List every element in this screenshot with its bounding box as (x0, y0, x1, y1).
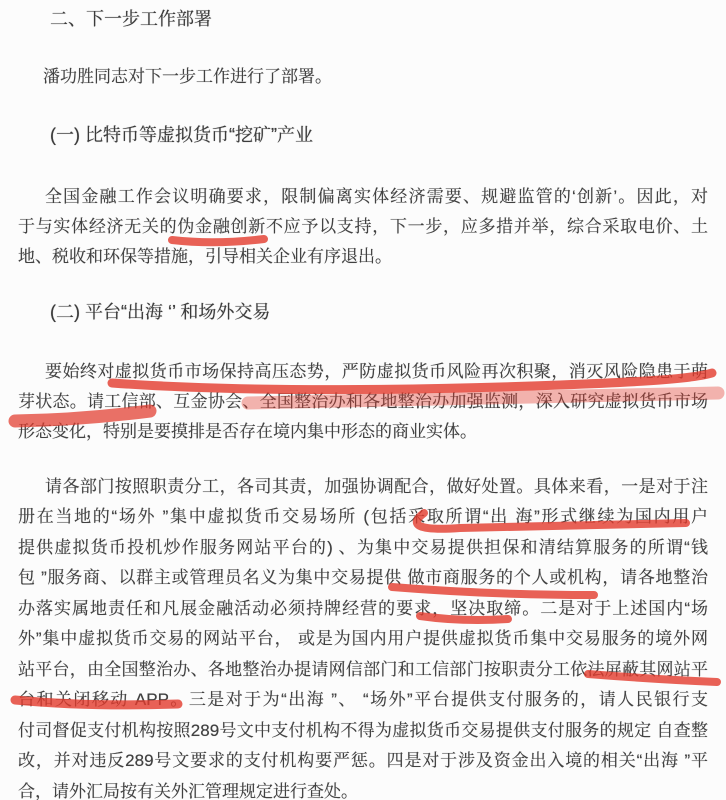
paragraph-line: 改，并对违反289号文要求的支付机构要严惩。四是对于涉及资金出入境的相关“出海 … (18, 748, 708, 774)
paragraph-line: 册在当地的“场外 ”集中虚拟货币交易场所 (包括采取所谓“出 海”形式继续为国内… (18, 504, 708, 530)
intro-line: 潘功胜同志对下一步工作进行了部署。 (18, 64, 726, 90)
paragraph-line: 于与实体经济无关的伪金融创新不应予以支持，下一步，应多措并举，综合采取电价、土 (18, 214, 708, 240)
paragraph-line: 外”集中虚拟货币交易的网站平台， 或是为国内用户提供虚拟货币集中交易服务的境外网 (18, 626, 708, 652)
paragraph-line: 包 ”服务商、以群主或管理员名义为集中交易提供 做市商服务的个人或机构，请各地整… (18, 565, 708, 591)
section1-heading: (一) 比特币等虚拟货币“挖矿”产业 (18, 122, 726, 148)
paragraph-line: 请各部门按照职责分工，各司其责，加强协调配合，做好处置。具体来看，一是对于注 (18, 474, 708, 500)
paragraph-line: 地、税收和环保等措施，引导相关企业有序退出。 (18, 244, 708, 270)
section2-heading: (二) 平台“出海 ‘’ 和场外交易 (18, 299, 726, 325)
main-heading: 二、下一步工作部署 (18, 6, 726, 32)
paragraph-line: 全国金融工作会议明确要求，限制偏离实体经济需要、规避监管的‘创新’。因此，对 (18, 184, 708, 210)
paragraph-line: 芽状态。请工信部、互金协会、全国整治办和各地整治办加强监测，深入研究虚拟货币市场 (18, 389, 708, 415)
paragraph-line: 办落实属地责任和凡展金融活动必须持牌经营的要求，坚决取缔。二是对于上述国内“场 (18, 596, 708, 622)
paragraph-line: 台和关闭移动 APP。三是对于为“出海 ”、 “场外”平台提供支付服务的，请人民… (18, 687, 708, 713)
paragraph-line: 站平台，由全国整治办、各地整治办提请网信部门和工信部门按职责分工依法屏蔽其网站平 (18, 657, 708, 683)
paragraph-line: 付司督促支付机构按照289号文中支付机构不得为虚拟货币交易提供支付服务的规定 自… (18, 718, 708, 744)
paragraph-line: 形态变化，特别是要摸排是否存在境内集中形态的商业实体。 (18, 419, 708, 445)
paragraph-line: 提供虚拟货币投机炒作服务网站平台的) 、为集中交易提供担保和清结算服务的所谓“钱 (18, 535, 708, 561)
document-page: 二、下一步工作部署 潘功胜同志对下一步工作进行了部署。 (一) 比特币等虚拟货币… (0, 0, 726, 800)
paragraph-line: 要始终对虚拟货币市场保持高压态势，严防虚拟货币风险再次积聚，消灭风险隐患于萌 (18, 359, 708, 385)
paragraph-line: 合，请外汇局按有关外汇管理规定进行查处。 (18, 779, 708, 800)
